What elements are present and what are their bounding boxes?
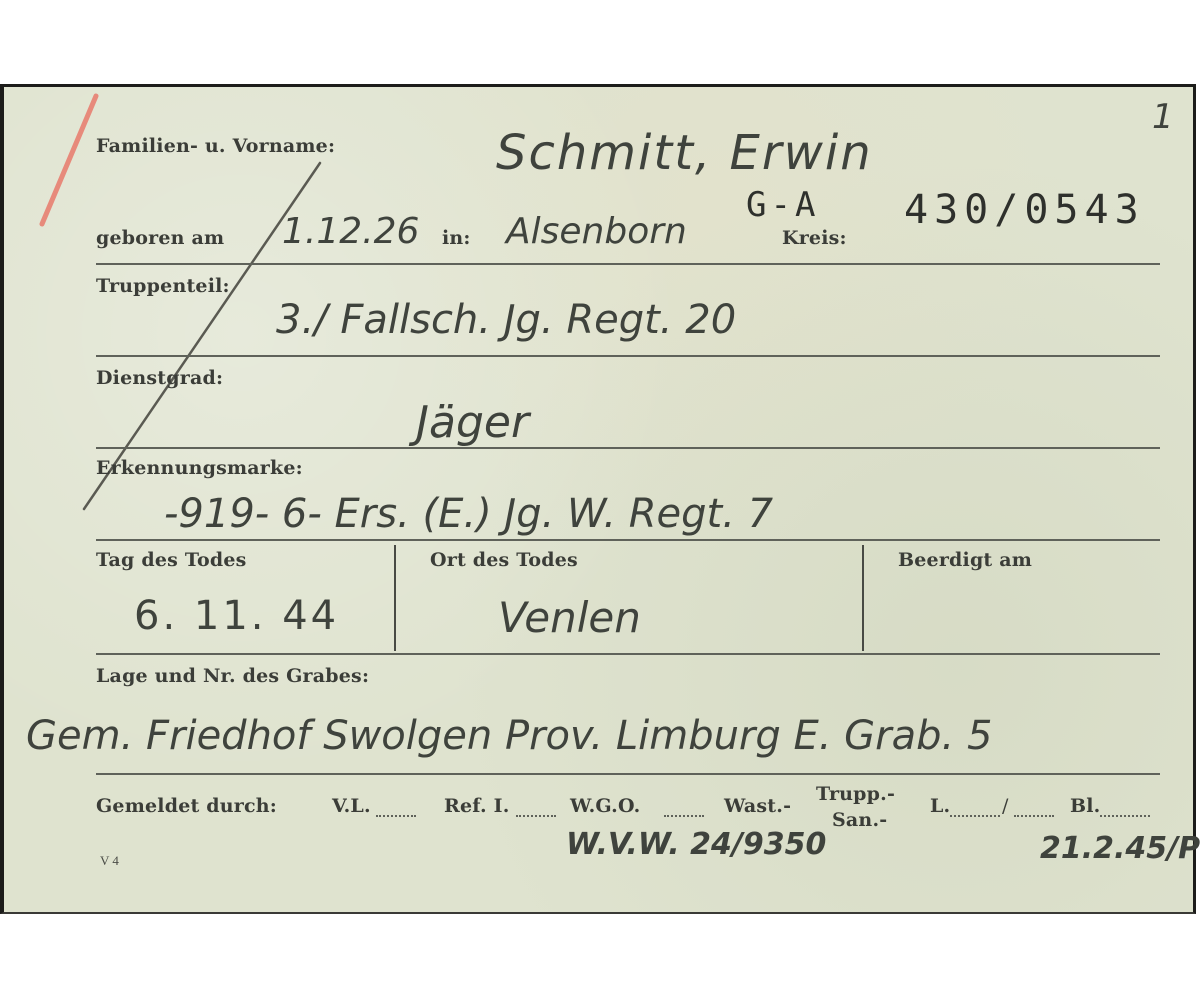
rule-3 [96, 447, 1160, 449]
bl-note: 21.2.45/Pr [1040, 831, 1200, 866]
reported-trupp: Trupp.- [816, 783, 895, 805]
wgo-note: W.V.W. 24/9350 [566, 827, 826, 862]
column-divider-1 [394, 545, 396, 651]
rule-5 [96, 653, 1160, 655]
reported-slash: / [1002, 795, 1009, 817]
grave-label: Lage und Nr. des Grabes: [96, 665, 369, 687]
reported-ref-dots [516, 815, 556, 817]
rule-2 [96, 355, 1160, 357]
district-label: Kreis: [782, 227, 847, 249]
stamp-prefix: G-A [746, 185, 819, 225]
reported-wgo-dots [664, 815, 704, 817]
rank-label: Dienstgrad: [96, 367, 223, 389]
reported-bl: Bl. [1070, 795, 1101, 817]
rule-6 [96, 773, 1160, 775]
reported-l-dots-2 [1014, 815, 1054, 817]
reported-vl-dots [376, 815, 416, 817]
rule-1 [96, 263, 1160, 265]
name-value: Schmitt, Erwin [496, 125, 873, 181]
rule-4 [96, 539, 1160, 541]
reported-l: L. [930, 795, 950, 817]
reported-wgo: W.G.O. [570, 795, 640, 817]
corner-mark: 1 [1152, 97, 1174, 137]
reported-wast: Wast.- [724, 795, 791, 817]
column-divider-2 [862, 545, 864, 651]
death-record-card: 1 Familien- u. Vorname: Schmitt, Erwin g… [0, 84, 1196, 914]
unit-value: 3./ Fallsch. Jg. Regt. 20 [276, 297, 736, 343]
form-code: V 4 [100, 853, 119, 869]
rank-value: Jäger [416, 397, 529, 448]
birth-place-value: Alsenborn [506, 211, 687, 252]
reported-vl: V.L. [332, 795, 371, 817]
id-tag-value: -919- 6- Ers. (E.) Jg. W. Regt. 7 [164, 491, 773, 537]
file-number-stamp: 430/0543 [904, 187, 1145, 233]
reported-ref: Ref. I. [444, 795, 510, 817]
death-date-label: Tag des Todes [96, 549, 247, 571]
birth-date-label: geboren am [96, 227, 224, 249]
reported-bl-dots [1100, 815, 1150, 817]
burial-date-label: Beerdigt am [898, 549, 1032, 571]
death-place-label: Ort des Todes [430, 549, 578, 571]
id-tag-label: Erkennungsmarke: [96, 457, 303, 479]
reported-by-label: Gemeldet durch: [96, 795, 277, 817]
birth-place-label: in: [442, 227, 471, 249]
grave-value: Gem. Friedhof Swolgen Prov. Limburg E. G… [26, 713, 992, 759]
death-place-value: Venlen [498, 593, 641, 642]
unit-label: Truppenteil: [96, 275, 230, 297]
reported-san: San.- [832, 809, 887, 831]
name-label: Familien- u. Vorname: [96, 135, 335, 157]
birth-date-value: 1.12.26 [282, 211, 419, 252]
reported-l-dots-1 [950, 815, 1000, 817]
death-date-value: 6. 11. 44 [134, 593, 339, 639]
